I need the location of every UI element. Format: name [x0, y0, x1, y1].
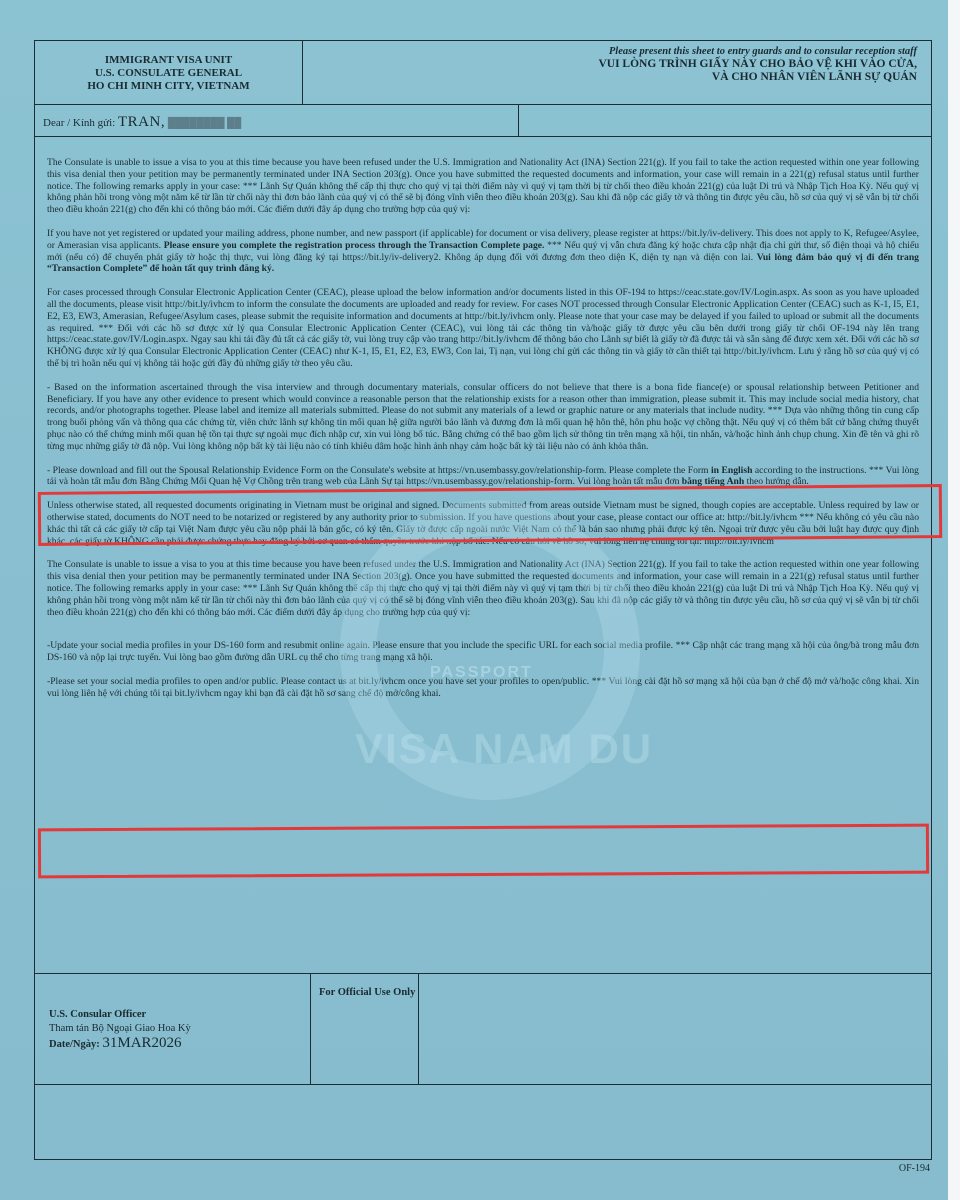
recipient-label: Dear / Kính gửi: [43, 117, 115, 129]
recipient-row: Dear / Kính gửi: TRAN, ████████ ██ [35, 105, 931, 137]
date-label: Date/Ngày: [49, 1039, 100, 1050]
official-use-label: For Official Use Only [311, 974, 419, 1084]
signature-row: U.S. Consular Officer Tham tán Bộ Ngoại … [35, 973, 931, 1085]
ds160-social-media-remark: -Update your social media profiles in yo… [47, 640, 919, 664]
watermark-sub: PASSPORT [430, 664, 533, 682]
relationship-remark: - Based on the information ascertained t… [47, 382, 919, 453]
refusal-sheet: IMMIGRANT VISA UNIT U.S. CONSULATE GENER… [0, 0, 948, 1200]
presentation-instruction: Please present this sheet to entry guard… [303, 41, 931, 105]
instruction-vn-1: VUI LÒNG TRÌNH GIẤY NÀY CHO BẢO VỆ KHI V… [303, 58, 917, 71]
refusal-paragraph: The Consulate is unable to issue a visa … [47, 157, 919, 216]
unit-line-1: IMMIGRANT VISA UNIT [35, 54, 302, 67]
date-value: 31MAR2026 [102, 1035, 181, 1051]
officer-signature-block: U.S. Consular Officer Tham tán Bộ Ngoại … [35, 974, 311, 1084]
highlight-box-relationship [38, 484, 942, 546]
unit-line-2: U.S. CONSULATE GENERAL [35, 67, 302, 80]
watermark-brand: VISA NAM DU [355, 725, 653, 773]
officer-title-vn: Tham tán Bộ Ngoại Giao Hoa Kỳ [49, 1022, 310, 1036]
highlight-box-social-media [38, 824, 929, 879]
recipient-cell: Dear / Kính gửi: TRAN, ████████ ██ [35, 105, 519, 136]
form-code: OF-194 [899, 1163, 930, 1174]
unit-line-3: HO CHI MINH CITY, VIETNAM [35, 80, 302, 93]
delivery-paragraph: If you have not yet registered or update… [47, 228, 919, 275]
instruction-vn-2: VÀ CHO NHÂN VIÊN LÃNH SỰ QUÁN [303, 71, 917, 84]
officer-title: U.S. Consular Officer [49, 1008, 310, 1022]
ceac-paragraph: For cases processed through Consular Ele… [47, 287, 919, 370]
form-frame: IMMIGRANT VISA UNIT U.S. CONSULATE GENER… [34, 40, 932, 1160]
instruction-en: Please present this sheet to entry guard… [303, 45, 917, 58]
refusal-paragraph-repeat: The Consulate is unable to issue a visa … [47, 559, 919, 618]
remarks-body: The Consulate is unable to issue a visa … [47, 157, 919, 711]
recipient-surname: TRAN, [118, 114, 165, 130]
scan-edge [948, 0, 960, 1200]
consulate-header: IMMIGRANT VISA UNIT U.S. CONSULATE GENER… [35, 41, 303, 105]
recipient-given-name-obscured: ████████ ██ [168, 118, 241, 129]
